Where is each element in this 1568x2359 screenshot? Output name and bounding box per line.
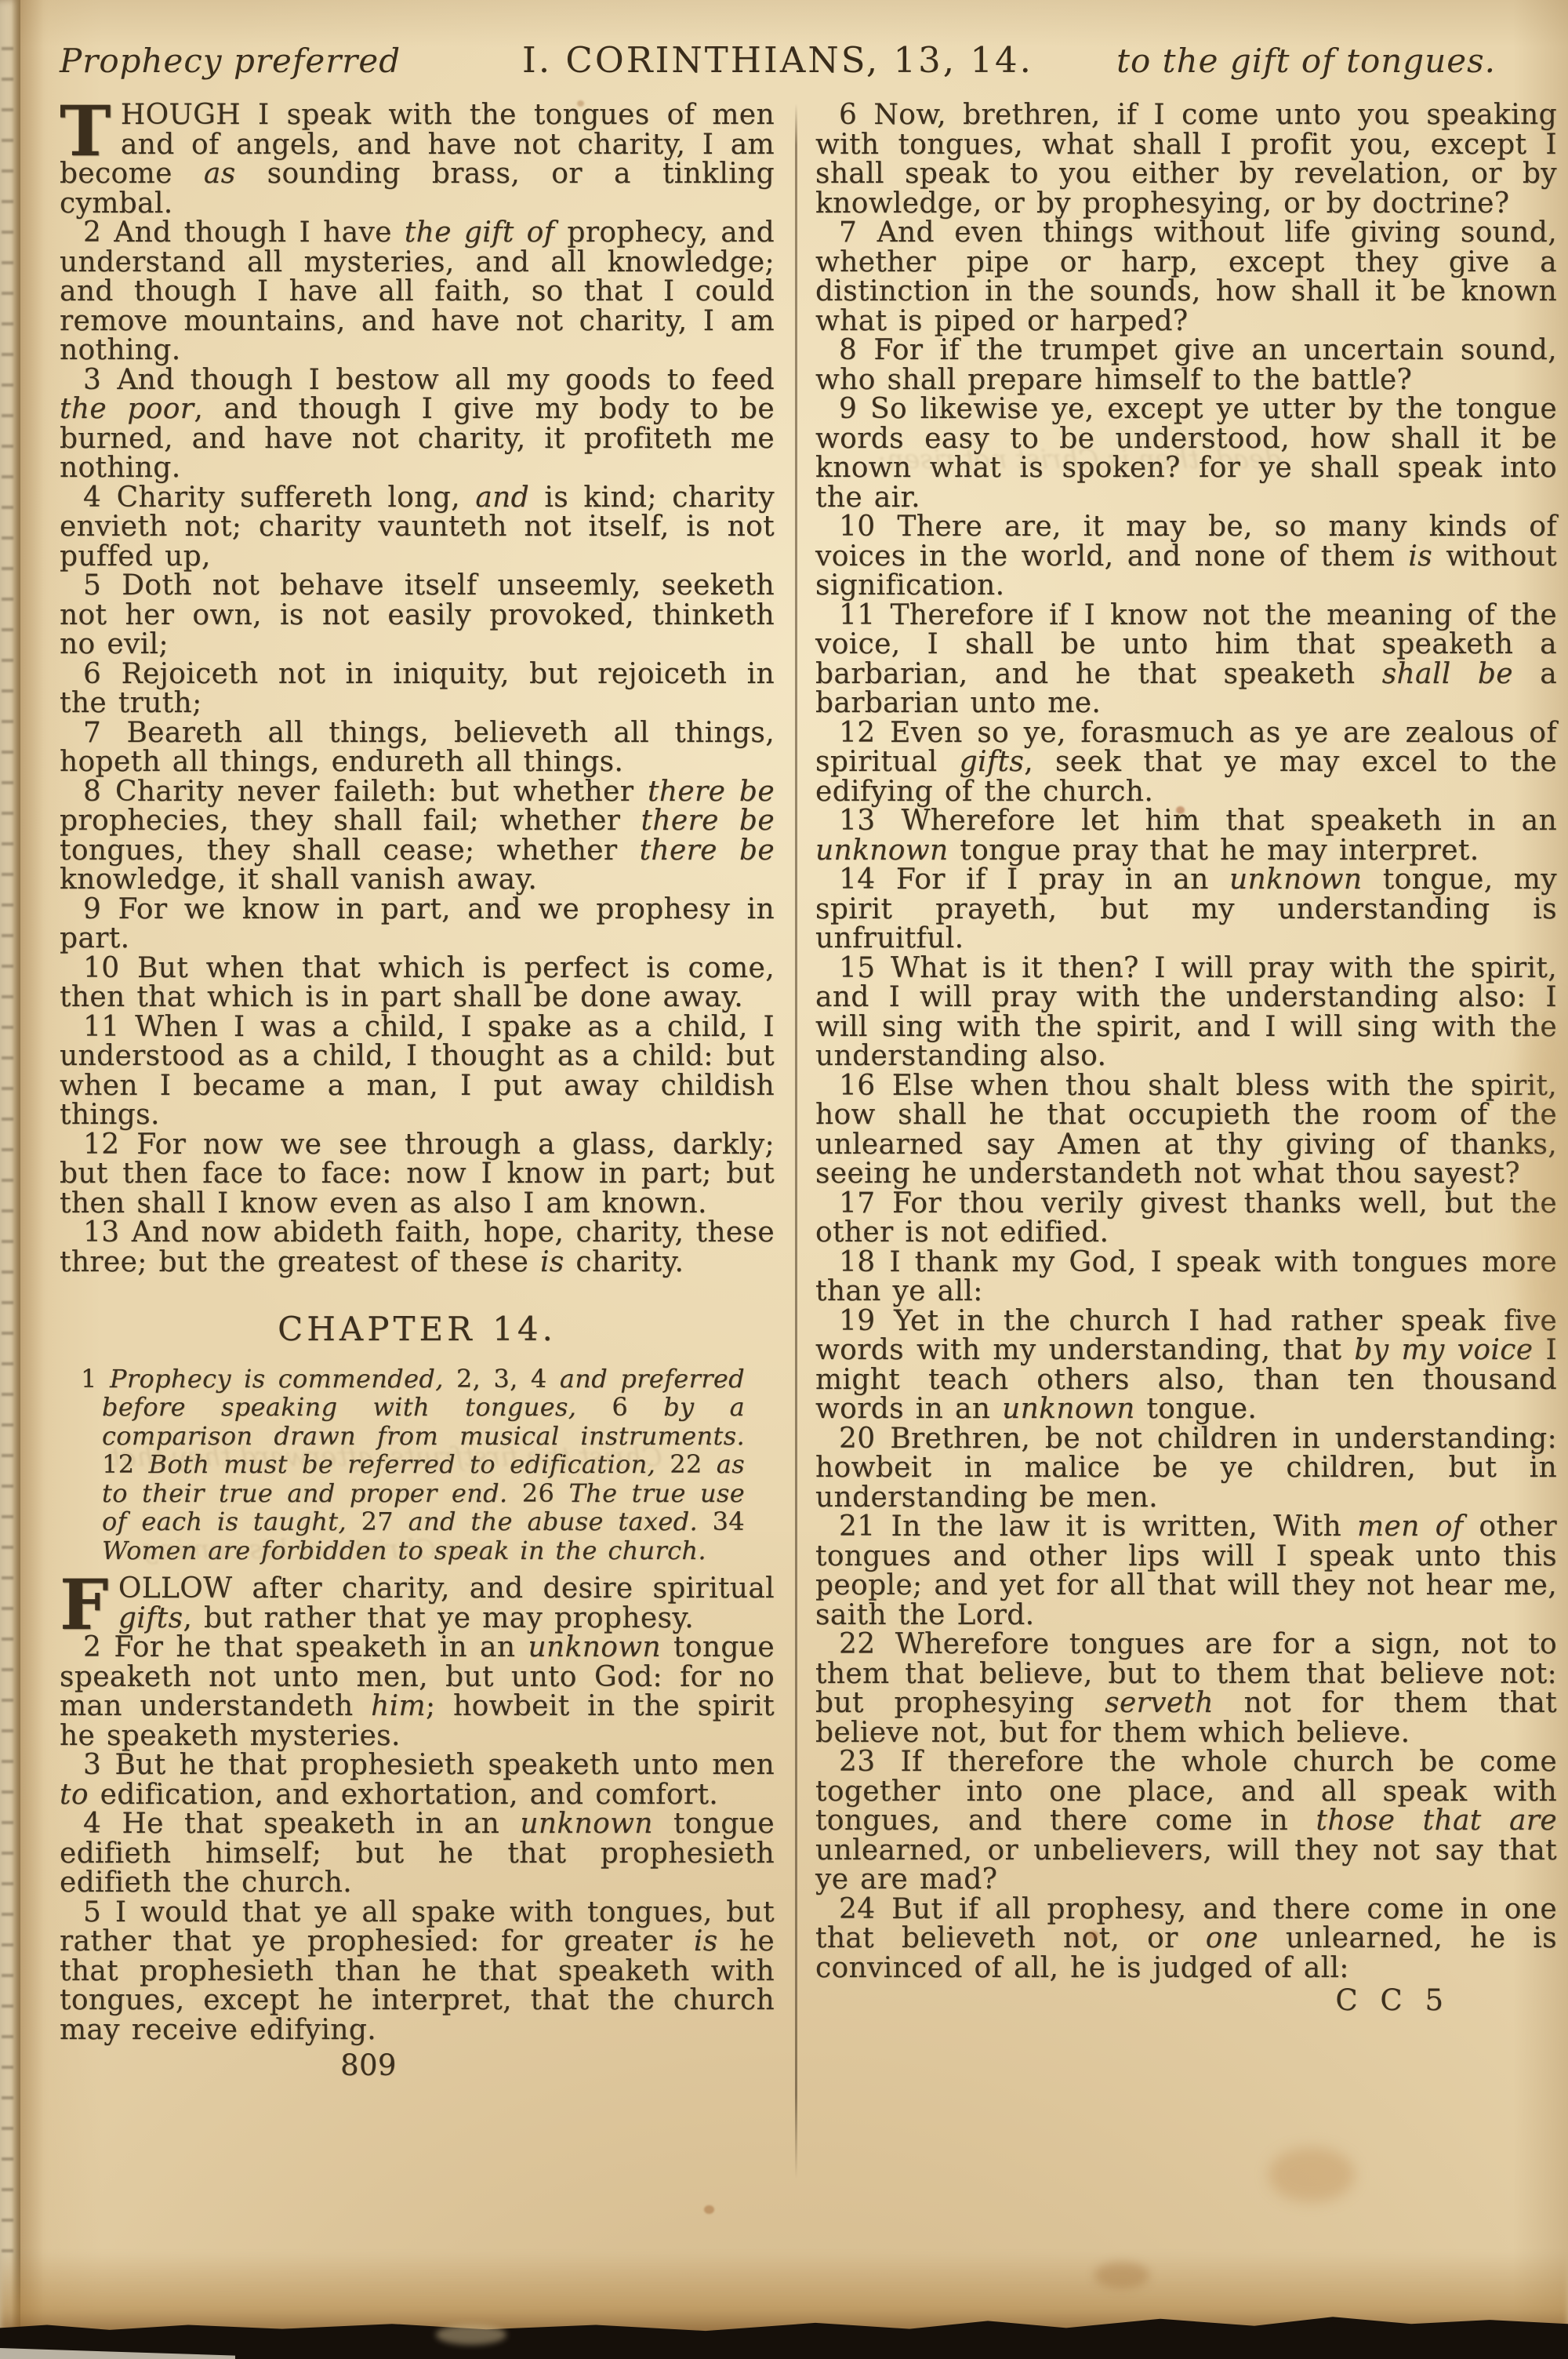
verse: 2 And though I have the gift of prophecy… <box>60 218 775 365</box>
chapter-heading: CHAPTER 14. <box>60 1314 775 1344</box>
verse-number: 8 <box>839 334 873 366</box>
verse: 22 Wherefore tongues are for a sign, not… <box>815 1630 1557 1747</box>
verse-number: 7 <box>839 216 877 249</box>
verse: 23 If therefore the whole church be come… <box>815 1747 1557 1895</box>
left-column: THOUGH I speak with the tongues of men a… <box>60 100 775 2110</box>
drop-cap: F <box>60 1574 118 1630</box>
column-divider-rule <box>795 104 797 2179</box>
verse-number: 13 <box>839 805 902 837</box>
verse-number: 9 <box>83 893 118 925</box>
verse: 21 In the law it is written, With men of… <box>815 1512 1557 1630</box>
verse: 8 For if the trumpet give an uncertain s… <box>815 336 1557 394</box>
verse-number: 21 <box>839 1510 891 1543</box>
verse-number: 6 <box>839 99 873 131</box>
verse-number: 22 <box>839 1628 895 1660</box>
verse: 20 Brethren, be not children in understa… <box>815 1424 1557 1513</box>
verse-number: 5 <box>83 1896 115 1928</box>
verse: 17 For thou verily givest thanks well, b… <box>815 1189 1557 1248</box>
verse: 13 And now abideth faith, hope, charity,… <box>60 1218 775 1277</box>
verse-number: 3 <box>83 1749 114 1781</box>
verse-number: 15 <box>839 952 891 984</box>
verse-number: 12 <box>83 1129 136 1161</box>
verse-number: 12 <box>839 717 890 749</box>
verse-number: 18 <box>839 1246 889 1278</box>
verse: 6 Rejoiceth not in iniquity, but rejoice… <box>60 660 775 718</box>
verse: 10 But when that which is perfect is com… <box>60 954 775 1012</box>
verse-number: 3 <box>83 364 117 396</box>
verse: 18 I thank my God, I speak with tongues … <box>815 1248 1557 1307</box>
gutter-crease <box>20 0 63 2359</box>
verse: FOLLOW after charity, and desire spiritu… <box>60 1574 775 1633</box>
verse-number: 10 <box>83 952 137 984</box>
verse-number: 9 <box>839 393 870 425</box>
verse-number: 11 <box>83 1011 135 1043</box>
verse: 3 And though I bestow all my goods to fe… <box>60 365 775 483</box>
page-number: 809 <box>11 2051 726 2081</box>
signature-mark: C C 5 <box>815 1986 1557 2016</box>
verse-number: 6 <box>83 658 122 690</box>
chapter14-verses-1-5: FOLLOW after charity, and desire spiritu… <box>60 1574 775 2045</box>
verse: 10 There are, it may be, so many kinds o… <box>815 512 1557 601</box>
foxing-stain <box>1269 2147 1355 2202</box>
verse: 12 Even so ye, forasmuch as ye are zealo… <box>815 718 1557 807</box>
verse: 12 For now we see through a glass, darkl… <box>60 1130 775 1219</box>
verse: 11 When I was a child, I spake as a chil… <box>60 1012 775 1130</box>
verse-number: 2 <box>83 1631 114 1663</box>
verse-number: 8 <box>83 776 115 808</box>
verse: 15 What is it then? I will pray with the… <box>815 954 1557 1071</box>
verse-number: 20 <box>839 1423 890 1455</box>
verse: 24 But if all prophesy, and there come i… <box>815 1895 1557 1983</box>
verse: 16 Else when thou shalt bless with the s… <box>815 1071 1557 1189</box>
verse: 3 But he that prophesieth speaketh unto … <box>60 1750 775 1809</box>
verse: 5 Doth not behave itself unseemly, seeke… <box>60 571 775 660</box>
foxing-stain <box>704 2205 714 2214</box>
verse: 9 So likewise ye, except ye utter by the… <box>815 394 1557 512</box>
running-header: Prophecy preferred I. CORINTHIANS, 13, 1… <box>60 39 1559 81</box>
verse: 9 For we know in part, and we prophesy i… <box>60 895 775 954</box>
verse-number: 5 <box>83 569 122 602</box>
drop-cap: T <box>60 100 121 157</box>
book-page-scan: Christ the firstfruits: afterward they t… <box>0 0 1568 2359</box>
verse: 4 Charity suffereth long, and is kind; c… <box>60 483 775 572</box>
verse: 8 Charity never faileth: but whether the… <box>60 777 775 895</box>
verse-number: 4 <box>83 1808 122 1840</box>
verse: 19 Yet in the church I had rather speak … <box>815 1307 1557 1424</box>
right-column: 6 Now, brethren, if I come unto you spea… <box>815 100 1557 2045</box>
verse: 2 For he that speaketh in an unknown ton… <box>60 1633 775 1750</box>
verse-number: 11 <box>839 599 890 631</box>
verse: THOUGH I speak with the tongues of men a… <box>60 100 775 218</box>
verse-number: 10 <box>839 511 897 543</box>
facing-page-edge <box>0 0 20 2359</box>
chapter14-verses-6-24: 6 Now, brethren, if I come unto you spea… <box>815 100 1557 1983</box>
verse-number: 13 <box>83 1216 132 1249</box>
header-left-caption: Prophecy preferred <box>60 42 522 80</box>
verse-number: 14 <box>839 863 896 896</box>
verse: 14 For if I pray in an unknown tongue, m… <box>815 865 1557 954</box>
verse-number: 7 <box>83 717 126 749</box>
verse-number: 2 <box>83 216 114 249</box>
verse-number: 4 <box>83 482 117 514</box>
verse: 6 Now, brethren, if I come unto you spea… <box>815 100 1557 218</box>
verse-number: 17 <box>839 1187 892 1219</box>
verse-number: 24 <box>839 1893 891 1925</box>
header-right-caption: to the gift of tongues. <box>1033 42 1559 80</box>
header-book-title: I. CORINTHIANS, 13, 14. <box>522 39 1033 81</box>
verse-number: 23 <box>839 1746 901 1778</box>
verse: 11 Therefore if I know not the meaning o… <box>815 601 1557 718</box>
verse-number: 16 <box>839 1070 892 1102</box>
chapter13-verses: THOUGH I speak with the tongues of men a… <box>60 100 775 1277</box>
verse-number: 19 <box>839 1305 894 1337</box>
verse: 13 Wherefore let him that speaketh in an… <box>815 806 1557 865</box>
verse: 5 I would that ye all spake with tongues… <box>60 1898 775 2045</box>
verse: 7 And even things without life giving so… <box>815 218 1557 336</box>
verse: 4 He that speaketh in an unknown tongue … <box>60 1809 775 1898</box>
verse: 7 Beareth all things, believeth all thin… <box>60 718 775 777</box>
chapter-summary: 1 Prophecy is commended, 2, 3, 4 and pre… <box>60 1365 775 1565</box>
